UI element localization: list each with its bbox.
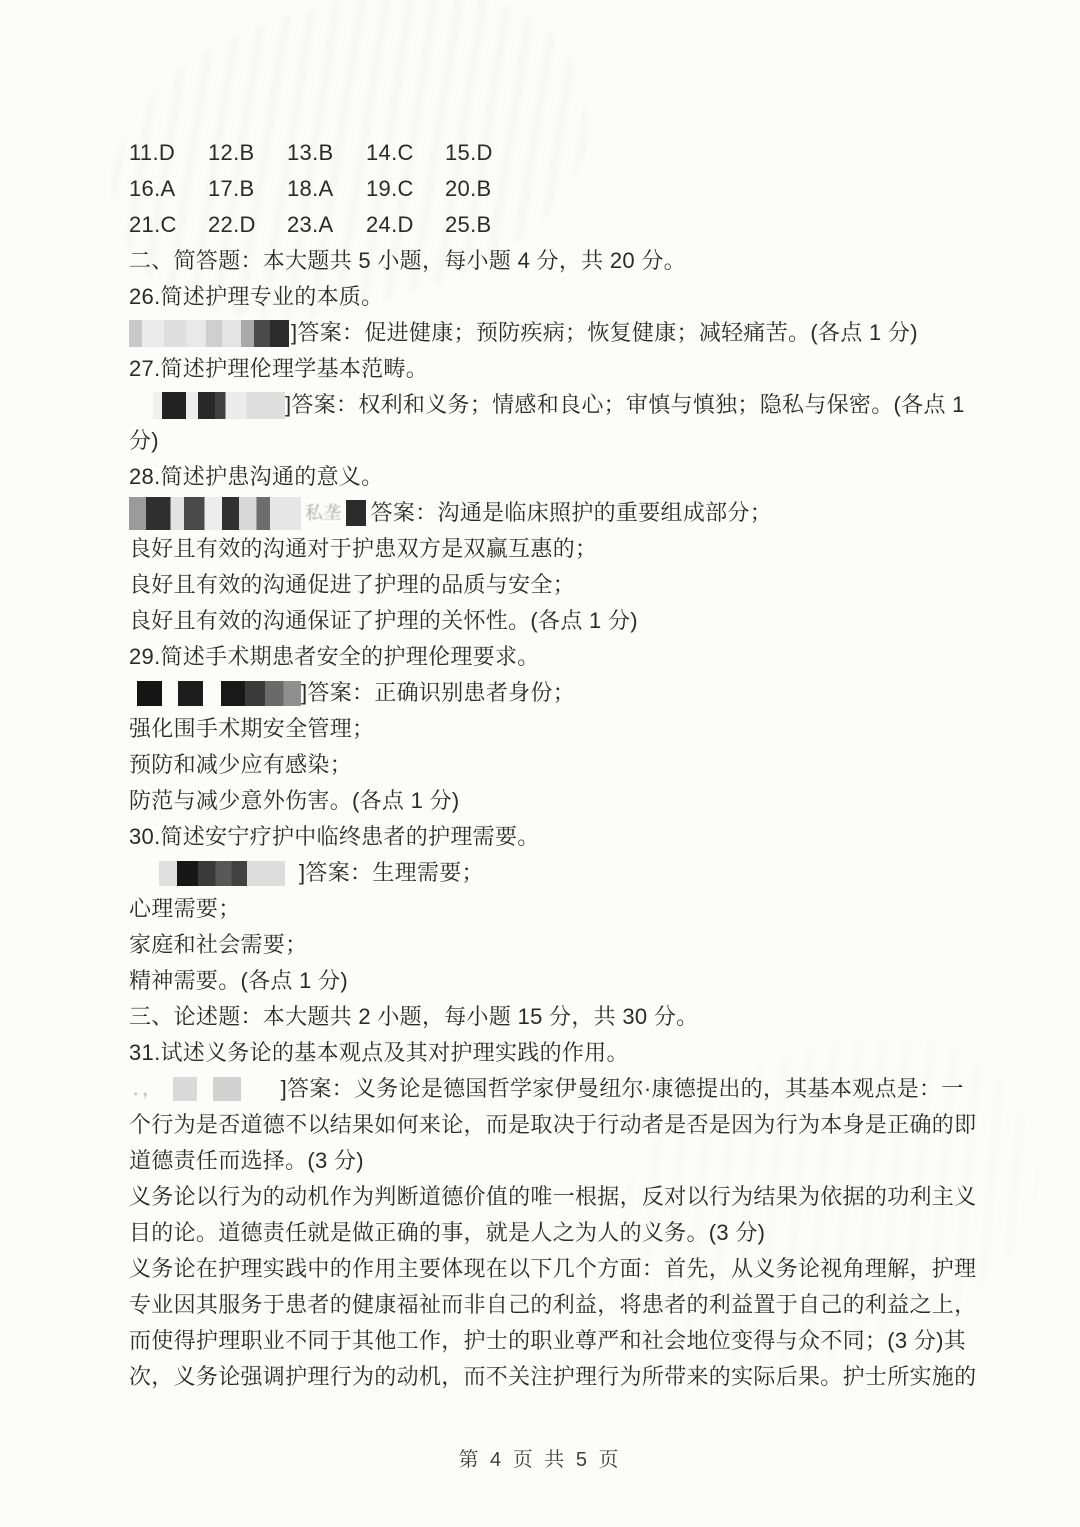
answer-prefix: ]答案： bbox=[291, 315, 364, 351]
answer-text: 良好且有效的沟通对于护患双方是双赢互惠的； bbox=[129, 531, 979, 567]
answer-text: 分) bbox=[129, 423, 979, 459]
answer-line: ]答案： 促进健康；预防疾病；恢复健康；减轻痛苦。(各点 1 分) bbox=[129, 315, 979, 351]
answer-text: 义务论是德国哲学家伊曼纽尔·康德提出的，其基本观点是：一 bbox=[354, 1071, 964, 1107]
section-heading: 三、论述题：本大题共 2 小题，每小题 15 分，共 30 分。 bbox=[129, 999, 979, 1035]
question-title: 30.简述安宁疗护中临终患者的护理需要。 bbox=[129, 819, 979, 855]
answer-text: 家庭和社会需要； bbox=[129, 927, 979, 963]
mcq-answer: 12.B bbox=[208, 135, 287, 171]
answer-prefix: ]答案： bbox=[301, 675, 374, 711]
redaction-blob bbox=[159, 861, 177, 886]
answer-prefix: ]答案： bbox=[281, 1071, 354, 1107]
mcq-answer: 23.A bbox=[287, 207, 366, 243]
redaction-blob bbox=[221, 681, 301, 706]
answer-text: 强化围手术期安全管理； bbox=[129, 711, 979, 747]
answer-text: 良好且有效的沟通促进了护理的品质与安全； bbox=[129, 567, 979, 603]
answer-text: 目的论。道德责任就是做正确的事，就是人之为人的义务。(3 分) bbox=[129, 1215, 979, 1251]
redaction-blob bbox=[177, 861, 247, 886]
answer-line: ]答案： 正确识别患者身份； bbox=[129, 675, 979, 711]
answer-text: 权利和义务；情感和良心；审慎与慎独；隐私与保密。(各点 1 bbox=[358, 387, 964, 423]
redaction-blob bbox=[153, 392, 285, 419]
answer-text: 次，义务论强调护理行为的动机，而不关注护理行为所带来的实际后果。护士所实施的 bbox=[129, 1359, 979, 1395]
mcq-answer: 20.B bbox=[445, 171, 524, 207]
answer-text: 生理需要； bbox=[372, 855, 484, 891]
answer-text: 沟通是临床照护的重要组成部分； bbox=[438, 495, 773, 531]
redaction-blob bbox=[129, 497, 301, 530]
mcq-answer-row: 11.D 12.B 13.B 14.C 15.D bbox=[129, 135, 979, 171]
answer-text: 促进健康；预防疾病；恢复健康；减轻痛苦。(各点 1 分) bbox=[364, 315, 918, 351]
page-footer: 第 4 页 共 5 页 bbox=[0, 1443, 1080, 1472]
mcq-answer: 17.B bbox=[208, 171, 287, 207]
answer-prefix: 答案： bbox=[371, 495, 438, 531]
redaction-blob bbox=[137, 681, 162, 706]
mcq-answer: 16.A bbox=[129, 171, 208, 207]
answer-line: ]答案： 权利和义务；情感和良心；审慎与慎独；隐私与保密。(各点 1 bbox=[129, 387, 979, 423]
mcq-answer: 13.B bbox=[287, 135, 366, 171]
mcq-answer: 11.D bbox=[129, 135, 208, 171]
redaction-blob bbox=[213, 1077, 241, 1101]
question-title: 29.简述手术期患者安全的护理伦理要求。 bbox=[129, 639, 979, 675]
redaction-leak-text: ．， bbox=[133, 1071, 161, 1107]
answer-text: 正确识别患者身份； bbox=[374, 675, 575, 711]
answer-prefix: ]答案： bbox=[299, 855, 372, 891]
mcq-answer: 25.B bbox=[445, 207, 524, 243]
redaction-blob bbox=[346, 500, 366, 526]
redaction-blob bbox=[178, 681, 203, 706]
answer-prefix: ]答案： bbox=[285, 387, 358, 423]
mcq-answer: 15.D bbox=[445, 135, 524, 171]
answer-line: ]答案： 生理需要； bbox=[129, 855, 979, 891]
answer-text: 而使得护理职业不同于其他工作，护士的职业尊严和社会地位变得与众不同；(3 分)其 bbox=[129, 1323, 979, 1359]
redaction-blob bbox=[173, 1077, 197, 1101]
answer-text: 良好且有效的沟通保证了护理的关怀性。(各点 1 分) bbox=[129, 603, 979, 639]
answer-text: 义务论以行为的动机作为判断道德价值的唯一根据，反对以行为结果为依据的功利主义 bbox=[129, 1179, 979, 1215]
answer-text: 个行为是否道德不以结果如何来论，而是取决于行动者是否是因为行为本身是正确的即 bbox=[129, 1107, 979, 1143]
question-title: 31.试述义务论的基本观点及其对护理实践的作用。 bbox=[129, 1035, 979, 1071]
answer-text: 预防和减少应有感染； bbox=[129, 747, 979, 783]
mcq-answer: 22.D bbox=[208, 207, 287, 243]
answer-text: 道德责任而选择。(3 分) bbox=[129, 1143, 979, 1179]
mcq-answer-row: 21.C 22.D 23.A 24.D 25.B bbox=[129, 207, 979, 243]
mcq-answer: 21.C bbox=[129, 207, 208, 243]
exam-answer-page: 11.D 12.B 13.B 14.C 15.D 16.A 17.B 18.A … bbox=[129, 135, 979, 1395]
redaction-leak-text: 私垄 bbox=[305, 495, 342, 531]
redaction-blob bbox=[129, 320, 289, 347]
mcq-answer: 14.C bbox=[366, 135, 445, 171]
answer-text: 专业因其服务于患者的健康福祉而非自己的利益，将患者的利益置于自己的利益之上， bbox=[129, 1287, 979, 1323]
answer-text: 精神需要。(各点 1 分) bbox=[129, 963, 979, 999]
answer-line: 私垄 答案： 沟通是临床照护的重要组成部分； bbox=[129, 495, 979, 531]
question-title: 27.简述护理伦理学基本范畴。 bbox=[129, 351, 979, 387]
answer-text: 义务论在护理实践中的作用主要体现在以下几个方面：首先，从义务论视角理解，护理 bbox=[129, 1251, 979, 1287]
section-heading: 二、简答题：本大题共 5 小题，每小题 4 分，共 20 分。 bbox=[129, 243, 979, 279]
answer-text: 防范与减少意外伤害。(各点 1 分) bbox=[129, 783, 979, 819]
redaction-blob bbox=[247, 861, 285, 886]
question-title: 26.简述护理专业的本质。 bbox=[129, 279, 979, 315]
answer-text: 心理需要； bbox=[129, 891, 979, 927]
mcq-answer-row: 16.A 17.B 18.A 19.C 20.B bbox=[129, 171, 979, 207]
question-title: 28.简述护患沟通的意义。 bbox=[129, 459, 979, 495]
mcq-answer: 24.D bbox=[366, 207, 445, 243]
mcq-answer: 18.A bbox=[287, 171, 366, 207]
mcq-answer: 19.C bbox=[366, 171, 445, 207]
answer-line: ．， ]答案： 义务论是德国哲学家伊曼纽尔·康德提出的，其基本观点是：一 bbox=[129, 1071, 979, 1107]
